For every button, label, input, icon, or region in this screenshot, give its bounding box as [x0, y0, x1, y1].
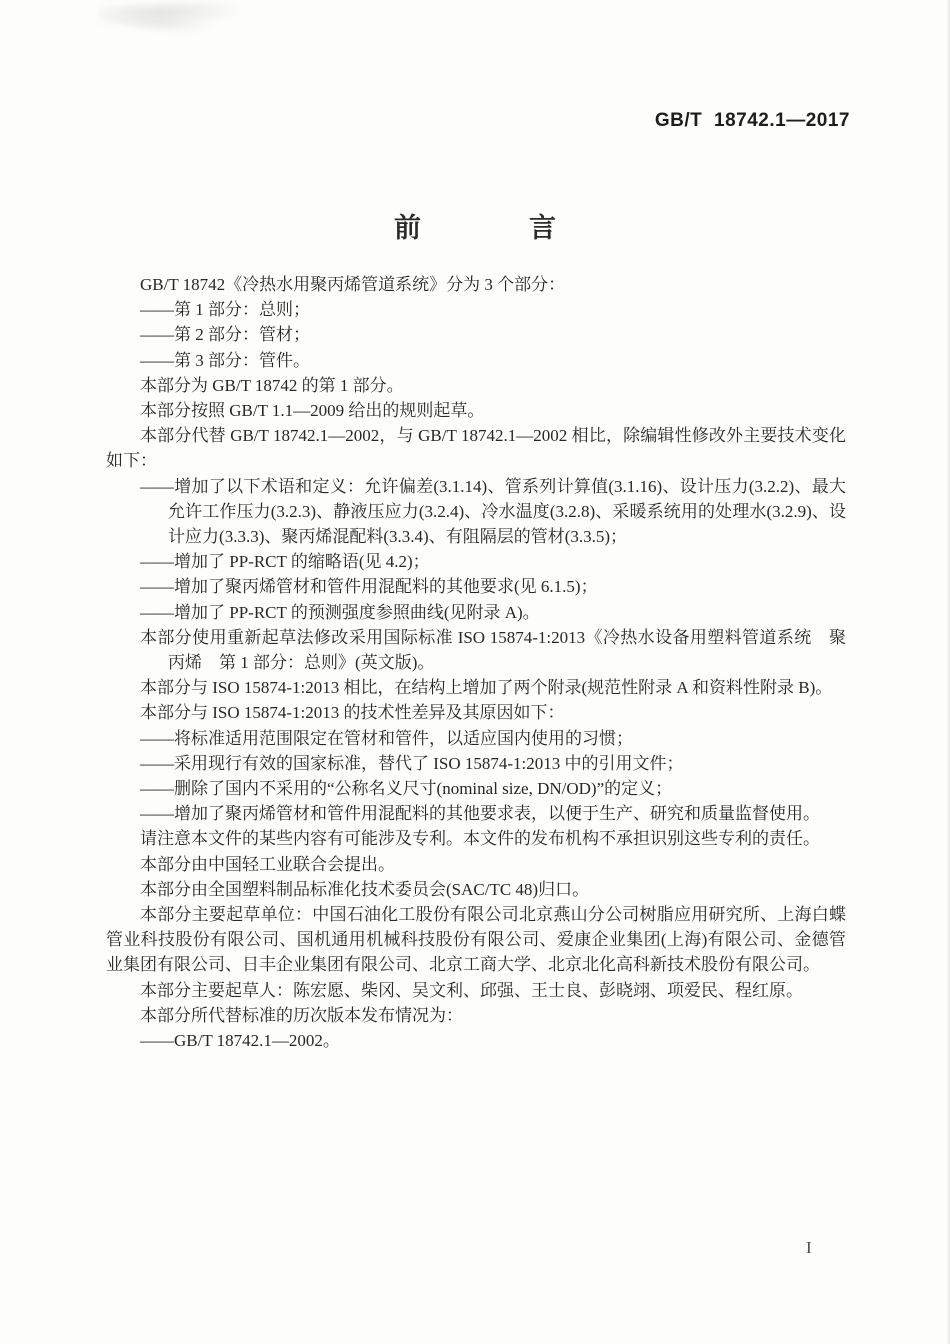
paragraph: ——第 3 部分：管件。 — [106, 348, 846, 373]
paragraph: 本部分与 ISO 15874-1:2013 的技术性差异及其原因如下： — [106, 700, 846, 725]
paragraph: 本部分主要起草人：陈宏愿、柴冈、吴文利、邱强、王士良、彭晓翊、项爱民、程红原。 — [106, 978, 846, 1003]
paragraph: 本部分为 GB/T 18742 的第 1 部分。 — [106, 373, 846, 398]
paragraph: ——第 2 部分：管材； — [106, 322, 846, 347]
paragraph: ——采用现行有效的国家标准，替代了 ISO 15874-1:2013 中的引用文… — [106, 751, 846, 776]
standard-number-header: GB/T 18742.1—2017 — [655, 110, 850, 132]
paragraph: ——增加了聚丙烯管材和管件用混配料的其他要求表，以便于生产、研究和质量监督使用。 — [106, 801, 846, 826]
page-number: I — [806, 1238, 812, 1258]
document-body: GB/T 18742《冷热水用聚丙烯管道系统》分为 3 个部分：——第 1 部分… — [106, 272, 846, 1053]
paragraph: 请注意本文件的某些内容有可能涉及专利。本文件的发布机构不承担识别这些专利的责任。 — [106, 826, 846, 851]
paragraph: 本部分主要起草单位：中国石油化工股份有限公司北京燕山分公司树脂应用研究所、上海白… — [106, 902, 846, 978]
paragraph: 本部分使用重新起草法修改采用国际标准 ISO 15874-1:2013《冷热水设… — [106, 625, 846, 675]
paragraph: 本部分代替 GB/T 18742.1—2002，与 GB/T 18742.1—2… — [106, 423, 846, 473]
paragraph: 本部分按照 GB/T 1.1—2009 给出的规则起草。 — [106, 398, 846, 423]
paragraph: 本部分与 ISO 15874-1:2013 相比，在结构上增加了两个附录(规范性… — [106, 675, 846, 700]
paragraph: GB/T 18742《冷热水用聚丙烯管道系统》分为 3 个部分： — [106, 272, 846, 297]
paragraph: 本部分所代替标准的历次版本发布情况为： — [106, 1003, 846, 1028]
paragraph: ——删除了国内不采用的“公称名义尺寸(nominal size, DN/OD)”… — [106, 776, 846, 801]
page-title: 前言 — [0, 206, 950, 245]
document-page: GB/T 18742.1—2017 前言 GB/T 18742《冷热水用聚丙烯管… — [0, 0, 950, 1344]
paragraph: 本部分由全国塑料制品标准化技术委员会(SAC/TC 48)归口。 — [106, 877, 846, 902]
paragraph: 本部分由中国轻工业联合会提出。 — [106, 852, 846, 877]
paragraph: ——GB/T 18742.1—2002。 — [106, 1028, 846, 1053]
paragraph: ——增加了聚丙烯管材和管件用混配料的其他要求(见 6.1.5)； — [106, 574, 846, 599]
paragraph: ——第 1 部分：总则； — [106, 297, 846, 322]
paragraph: ——增加了 PP-RCT 的缩略语(见 4.2)； — [106, 549, 846, 574]
paragraph: ——增加了 PP-RCT 的预测强度参照曲线(见附录 A)。 — [106, 600, 846, 625]
paragraph: ——将标准适用范围限定在管材和管件，以适应国内使用的习惯； — [106, 726, 846, 751]
paragraph: ——增加了以下术语和定义：允许偏差(3.1.14)、管系列计算值(3.1.16)… — [106, 474, 846, 550]
